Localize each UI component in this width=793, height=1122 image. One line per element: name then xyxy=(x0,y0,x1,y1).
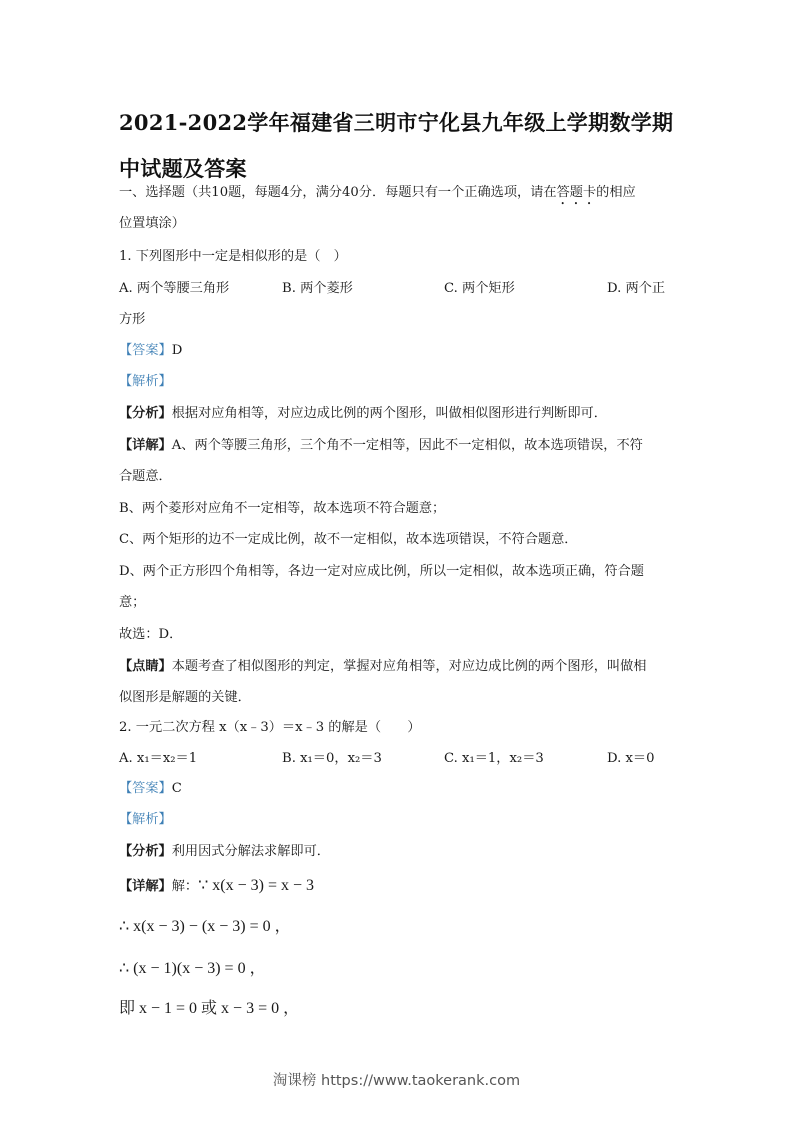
answer-label: 【答案】 xyxy=(119,781,172,796)
dianjing-label: 【点睛】 xyxy=(119,659,172,674)
document-page: 2021-2022学年福建省三明市宁化县九年级上学期数学期中试题及答案 一、选择… xyxy=(0,0,793,1122)
section-heading: 一、选择题（共10题，每题4分，满分40分．每题只有一个正确选项，请在答题卡的相… xyxy=(119,184,636,208)
fenxi-label: 【分析】 xyxy=(119,406,172,421)
analysis-label: 【解析】 xyxy=(119,373,172,391)
section-heading-text: 一、选择题（共10题，每题4分，满分40分．每题只有一个正确选项，请在 xyxy=(119,185,557,200)
answer-label: 【答案】 xyxy=(119,343,172,358)
explain-d: D、两个正方形四个角相等，各边一定对应成比例，所以一定相似，故本选项正确，符合题 xyxy=(119,563,644,581)
answer-line: 【答案】D xyxy=(119,342,182,360)
option-c: C. 两个矩形 xyxy=(444,280,515,298)
xiangjie-line2: 合题意． xyxy=(119,468,172,486)
dianjing-line: 【点睛】本题考查了相似图形的判定，掌握对应角相等，对应边成比例的两个图形，叫做相 xyxy=(119,658,647,676)
xiangjie-text: A、两个等腰三角形，三个角不一定相等，因此不一定相似，故本选项错误，不符 xyxy=(172,438,643,453)
option-c: C. x₁＝1，x₂＝3 xyxy=(444,750,544,768)
page-title: 2021-2022学年福建省三明市宁化县九年级上学期数学期中试题及答案 xyxy=(119,100,689,192)
answer-line: 【答案】C xyxy=(119,780,182,798)
fenxi-line: 【分析】利用因式分解法求解即可． xyxy=(119,843,330,861)
dianjing-text: 本题考查了相似图形的判定，掌握对应角相等，对应边成比例的两个图形，叫做相 xyxy=(172,659,647,674)
fenxi-line: 【分析】根据对应角相等，对应边成比例的两个图形，叫做相似图形进行判断即可． xyxy=(119,405,607,423)
analysis-label: 【解析】 xyxy=(119,811,172,829)
option-d: D. x＝0 xyxy=(607,750,655,768)
dianjing-line2: 似图形是解题的关键． xyxy=(119,689,251,707)
option-a: A. 两个等腰三角形 xyxy=(119,280,229,298)
xiangjie-label: 【详解】 xyxy=(119,438,172,453)
footer-watermark: 淘课榜 https://www.taokerank.com xyxy=(0,1069,793,1090)
fenxi-label: 【分析】 xyxy=(119,844,172,859)
xiangjie-line: 【详解】解：∵ x(x − 3) = x − 3 xyxy=(119,877,314,896)
option-b: B. 两个菱形 xyxy=(282,280,353,298)
option-b: B. x₁＝0，x₂＝3 xyxy=(282,750,382,768)
math-step-4: 即 x − 1 = 0 或 x − 3 = 0 ， xyxy=(119,1000,299,1018)
fenxi-text: 根据对应角相等，对应边成比例的两个图形，叫做相似图形进行判断即可． xyxy=(172,406,607,421)
choose-line: 故选：D． xyxy=(119,626,182,644)
explain-d-wrap: 意； xyxy=(119,594,145,612)
question-2-stem: 2. 一元二次方程 x（x﹣3）＝x﹣3 的解是（ ） xyxy=(119,719,421,737)
question-1-stem: 1. 下列图形中一定是相似形的是（ ） xyxy=(119,248,347,266)
xiangjie-prefix: 解： xyxy=(172,879,198,894)
math-step-3: ∴ (x − 1)(x − 3) = 0 ， xyxy=(119,960,266,978)
fenxi-text: 利用因式分解法求解即可． xyxy=(172,844,330,859)
section-heading-line2: 位置填涂） xyxy=(119,215,185,233)
option-d: D. 两个正 xyxy=(607,280,665,298)
xiangjie-line: 【详解】A、两个等腰三角形，三个角不一定相等，因此不一定相似，故本选项错误，不符 xyxy=(119,437,643,455)
option-d-wrap: 方形 xyxy=(119,311,145,329)
math-step-1: ∵ x(x − 3) = x − 3 xyxy=(198,877,314,894)
answer-value: C xyxy=(172,781,182,796)
section-heading-text-end: 的相应 xyxy=(596,185,636,200)
emphasized-text: 答题卡 xyxy=(557,185,597,200)
math-step-2: ∴ x(x − 3) − (x − 3) = 0 ， xyxy=(119,918,291,936)
explain-b: B、两个菱形对应角不一定相等，故本选项不符合题意； xyxy=(119,500,445,518)
answer-value: D xyxy=(172,343,183,358)
xiangjie-label: 【详解】 xyxy=(119,879,172,894)
explain-c: C、两个矩形的边不一定成比例，故不一定相似，故本选项错误，不符合题意． xyxy=(119,531,577,549)
option-a: A. x₁＝x₂＝1 xyxy=(119,750,197,768)
